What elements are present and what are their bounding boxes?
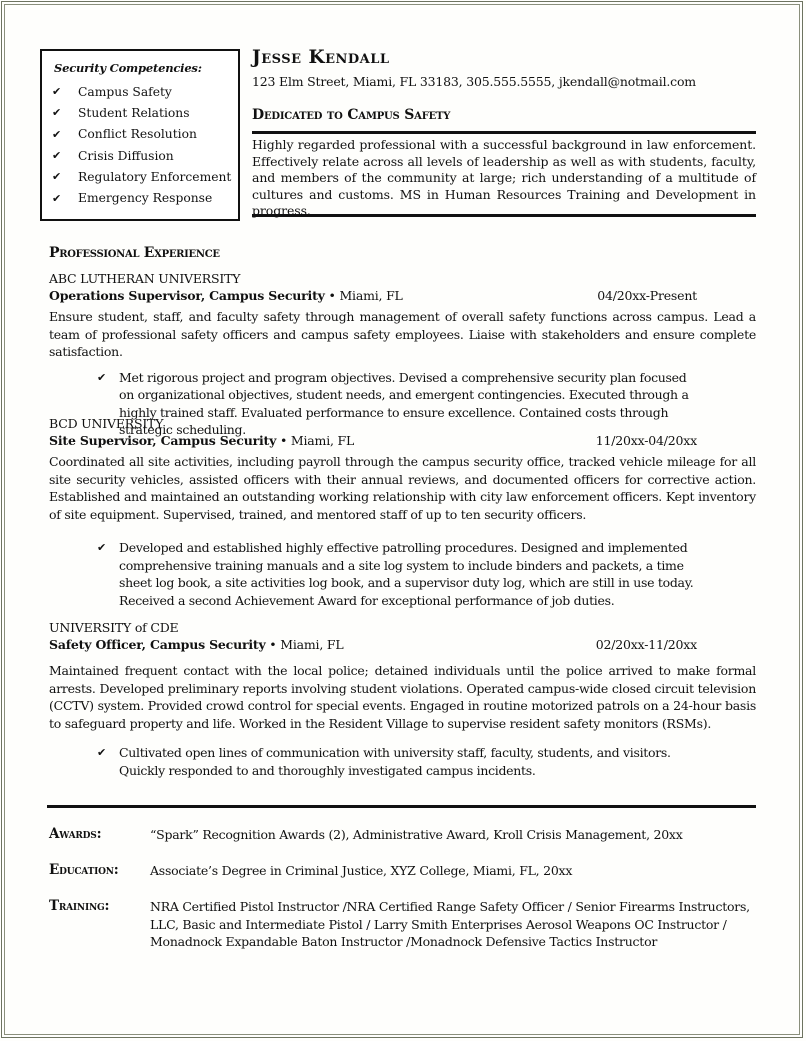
competencies-box: Security Competencies: ✔Campus Safety ✔S… (40, 49, 240, 221)
checkmark-icon: ✔ (52, 85, 78, 98)
divider (252, 214, 756, 217)
candidate-name: Jesse Kendall (252, 47, 390, 68)
job-title: Safety Officer, Campus Security • Miami,… (49, 636, 343, 653)
training-row: Training: NRA Certified Pistol Instructo… (49, 898, 756, 951)
checkmark-icon: ✔ (52, 149, 78, 162)
job-dates: 02/20xx-11/20xx (596, 636, 756, 653)
divider (252, 131, 756, 134)
tagline: Dedicated to Campus Safety (252, 107, 450, 123)
awards-value: “Spark” Recognition Awards (2), Administ… (150, 826, 683, 844)
job-achievement: ✔ Developed and established highly effec… (97, 539, 697, 609)
summary-paragraph: Highly regarded professional with a succ… (252, 137, 756, 220)
job-achievement: ✔ Cultivated open lines of communication… (97, 744, 697, 779)
education-label: Education: (49, 862, 150, 880)
role-line: Safety Officer, Campus Security • Miami,… (49, 636, 756, 653)
education-value: Associate’s Degree in Criminal Justice, … (150, 862, 572, 880)
employer: UNIVERSITY of CDE (49, 619, 756, 636)
competency-item: ✔Crisis Diffusion (52, 145, 231, 166)
competency-item: ✔Student Relations (52, 102, 231, 123)
job-title: Site Supervisor, Campus Security • Miami… (49, 432, 354, 449)
awards-label: Awards: (49, 826, 150, 844)
divider (47, 805, 756, 808)
job-description: Coordinated all site activities, includi… (49, 453, 756, 523)
education-row: Education: Associate’s Degree in Crimina… (49, 862, 756, 880)
checkmark-icon: ✔ (97, 744, 119, 779)
employer: BCD UNIVERSITY (49, 415, 756, 432)
competency-item: ✔Regulatory Enforcement (52, 166, 231, 187)
competency-item: ✔Emergency Response (52, 187, 231, 208)
job-dates: 11/20xx-04/20xx (596, 432, 756, 449)
competencies-title: Security Competencies: (54, 61, 202, 75)
training-value: NRA Certified Pistol Instructor /NRA Cer… (150, 898, 750, 951)
checkmark-icon: ✔ (52, 106, 78, 119)
checkmark-icon: ✔ (52, 128, 78, 141)
training-label: Training: (49, 898, 150, 951)
job-location: • Miami, FL (266, 637, 344, 652)
section-heading-experience: Professional Experience (49, 245, 220, 261)
awards-row: Awards: “Spark” Recognition Awards (2), … (49, 826, 756, 844)
contact-info: 123 Elm Street, Miami, FL 33183, 305.555… (252, 74, 696, 89)
role-line: Operations Supervisor, Campus Security •… (49, 287, 756, 304)
job-description: Maintained frequent contact with the loc… (49, 662, 756, 732)
checkmark-icon: ✔ (52, 170, 78, 183)
role-line: Site Supervisor, Campus Security • Miami… (49, 432, 756, 449)
job-title: Operations Supervisor, Campus Security •… (49, 287, 403, 304)
job-description: Ensure student, staff, and faculty safet… (49, 308, 756, 361)
competencies-list: ✔Campus Safety ✔Student Relations ✔Confl… (52, 81, 231, 209)
employer: ABC LUTHERAN UNIVERSITY (49, 270, 756, 287)
job-location: • Miami, FL (276, 433, 354, 448)
competency-item: ✔Conflict Resolution (52, 124, 231, 145)
job-dates: 04/20xx-Present (597, 287, 756, 304)
checkmark-icon: ✔ (52, 192, 78, 205)
job-entry: BCD UNIVERSITY Site Supervisor, Campus S… (49, 415, 756, 609)
job-entry: ABC LUTHERAN UNIVERSITY Operations Super… (49, 270, 756, 439)
competency-item: ✔Campus Safety (52, 81, 231, 102)
job-location: • Miami, FL (325, 288, 403, 303)
checkmark-icon: ✔ (97, 539, 119, 609)
job-entry: UNIVERSITY of CDE Safety Officer, Campus… (49, 619, 756, 779)
